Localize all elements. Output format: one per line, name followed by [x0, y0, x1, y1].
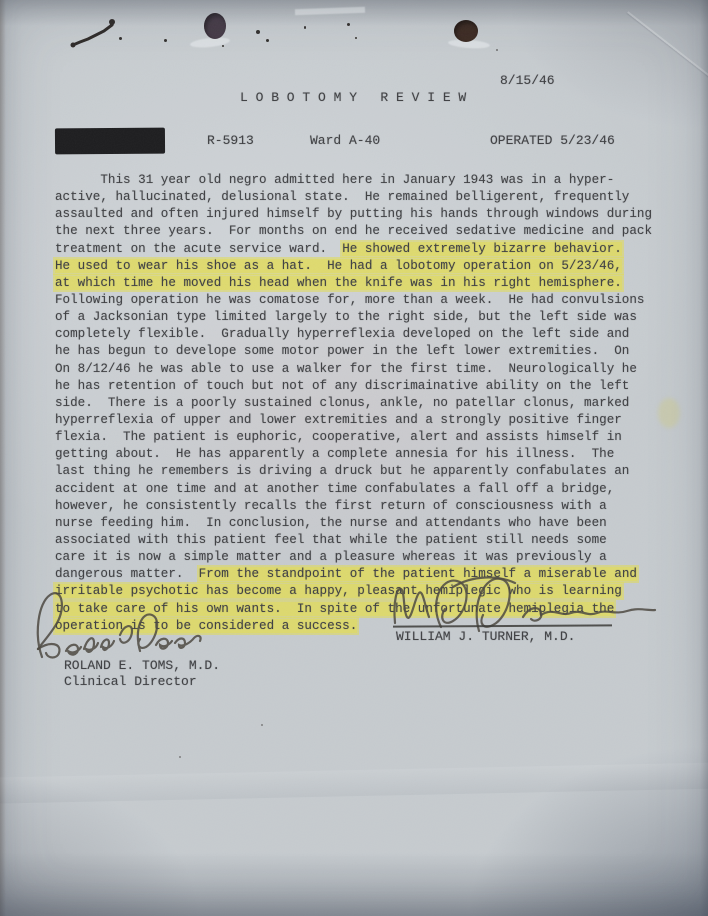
- speck: [179, 756, 181, 758]
- body-line: he has begun to develope some motor powe…: [55, 343, 652, 360]
- paper-crease: [627, 11, 708, 86]
- body-line: to take care of his own wants. In spite …: [55, 601, 652, 618]
- redaction-box: [55, 128, 165, 155]
- highlighter-smudge: [658, 398, 680, 428]
- paper-tear-highlight: [295, 7, 365, 15]
- body-line: This 31 year old negro admitted here in …: [55, 172, 652, 189]
- report-body: This 31 year old negro admitted here in …: [55, 172, 652, 635]
- paper-hole: [204, 13, 226, 39]
- scanned-document-page: 8/15/46 L O B O T O M Y R E V I E W R-59…: [0, 0, 708, 916]
- body-line: hyperreflexia of upper and lower extremi…: [55, 412, 652, 429]
- left-signer-title: Clinical Director: [64, 674, 197, 689]
- body-line: On 8/12/46 he was able to use a walker f…: [55, 361, 652, 378]
- speck: [304, 26, 306, 29]
- body-line: irritable psychotic has become a happy, …: [55, 583, 652, 600]
- document-title: L O B O T O M Y R E V I E W: [240, 90, 466, 105]
- right-signer-name: WILLIAM J. TURNER, M.D.: [396, 629, 575, 644]
- body-line: assaulted and often injured himself by p…: [55, 206, 652, 223]
- speck: [222, 45, 224, 47]
- paper-crease: [0, 762, 708, 804]
- body-line: accident at one time and at another time…: [55, 481, 652, 498]
- paper-tear-mark: [60, 12, 150, 62]
- speck: [256, 30, 260, 34]
- body-line: Following operation he was comatose for,…: [55, 292, 652, 309]
- body-line: last thing he remembers is driving a dru…: [55, 463, 652, 480]
- body-line: completely flexible. Gradually hyperrefl…: [55, 326, 652, 343]
- body-line: of a Jacksonian type limited largely to …: [55, 309, 652, 326]
- body-line: treatment on the acute service ward. He …: [55, 241, 652, 258]
- body-line: at which time he moved his head when the…: [55, 275, 652, 292]
- body-line: side. There is a poorly sustained clonus…: [55, 395, 652, 412]
- ward-label: Ward A-40: [310, 133, 380, 148]
- body-line: however, he consistently recalls the fir…: [55, 498, 652, 515]
- body-line: getting about. He has apparently a compl…: [55, 446, 652, 463]
- body-line: He used to wear his shoe as a hat. He ha…: [55, 258, 652, 275]
- body-line: dangerous matter. From the standpoint of…: [55, 566, 652, 583]
- speck: [266, 39, 269, 42]
- speck: [164, 39, 167, 42]
- body-line: the next three years. For months on end …: [55, 223, 652, 240]
- body-line: associated with this patient feel that w…: [55, 532, 652, 549]
- speck: [119, 37, 122, 40]
- speck: [496, 49, 498, 51]
- left-signer-name: ROLAND E. TOMS, M.D.: [64, 658, 220, 673]
- body-line: nurse feeding him. In conclusion, the nu…: [55, 515, 652, 532]
- speck: [347, 23, 350, 26]
- body-line: active, hallucinated, delusional state. …: [55, 189, 652, 206]
- speck: [261, 724, 263, 726]
- paper-hole: [454, 20, 478, 42]
- operated-date: OPERATED 5/23/46: [490, 133, 615, 148]
- body-line: care it is now a simple matter and a ple…: [55, 549, 652, 566]
- speck: [355, 37, 357, 39]
- case-number: R-5913: [207, 133, 254, 148]
- body-line: flexia. The patient is euphoric, coopera…: [55, 429, 652, 446]
- document-date: 8/15/46: [500, 73, 555, 88]
- body-line: he has retention of touch but not of any…: [55, 378, 652, 395]
